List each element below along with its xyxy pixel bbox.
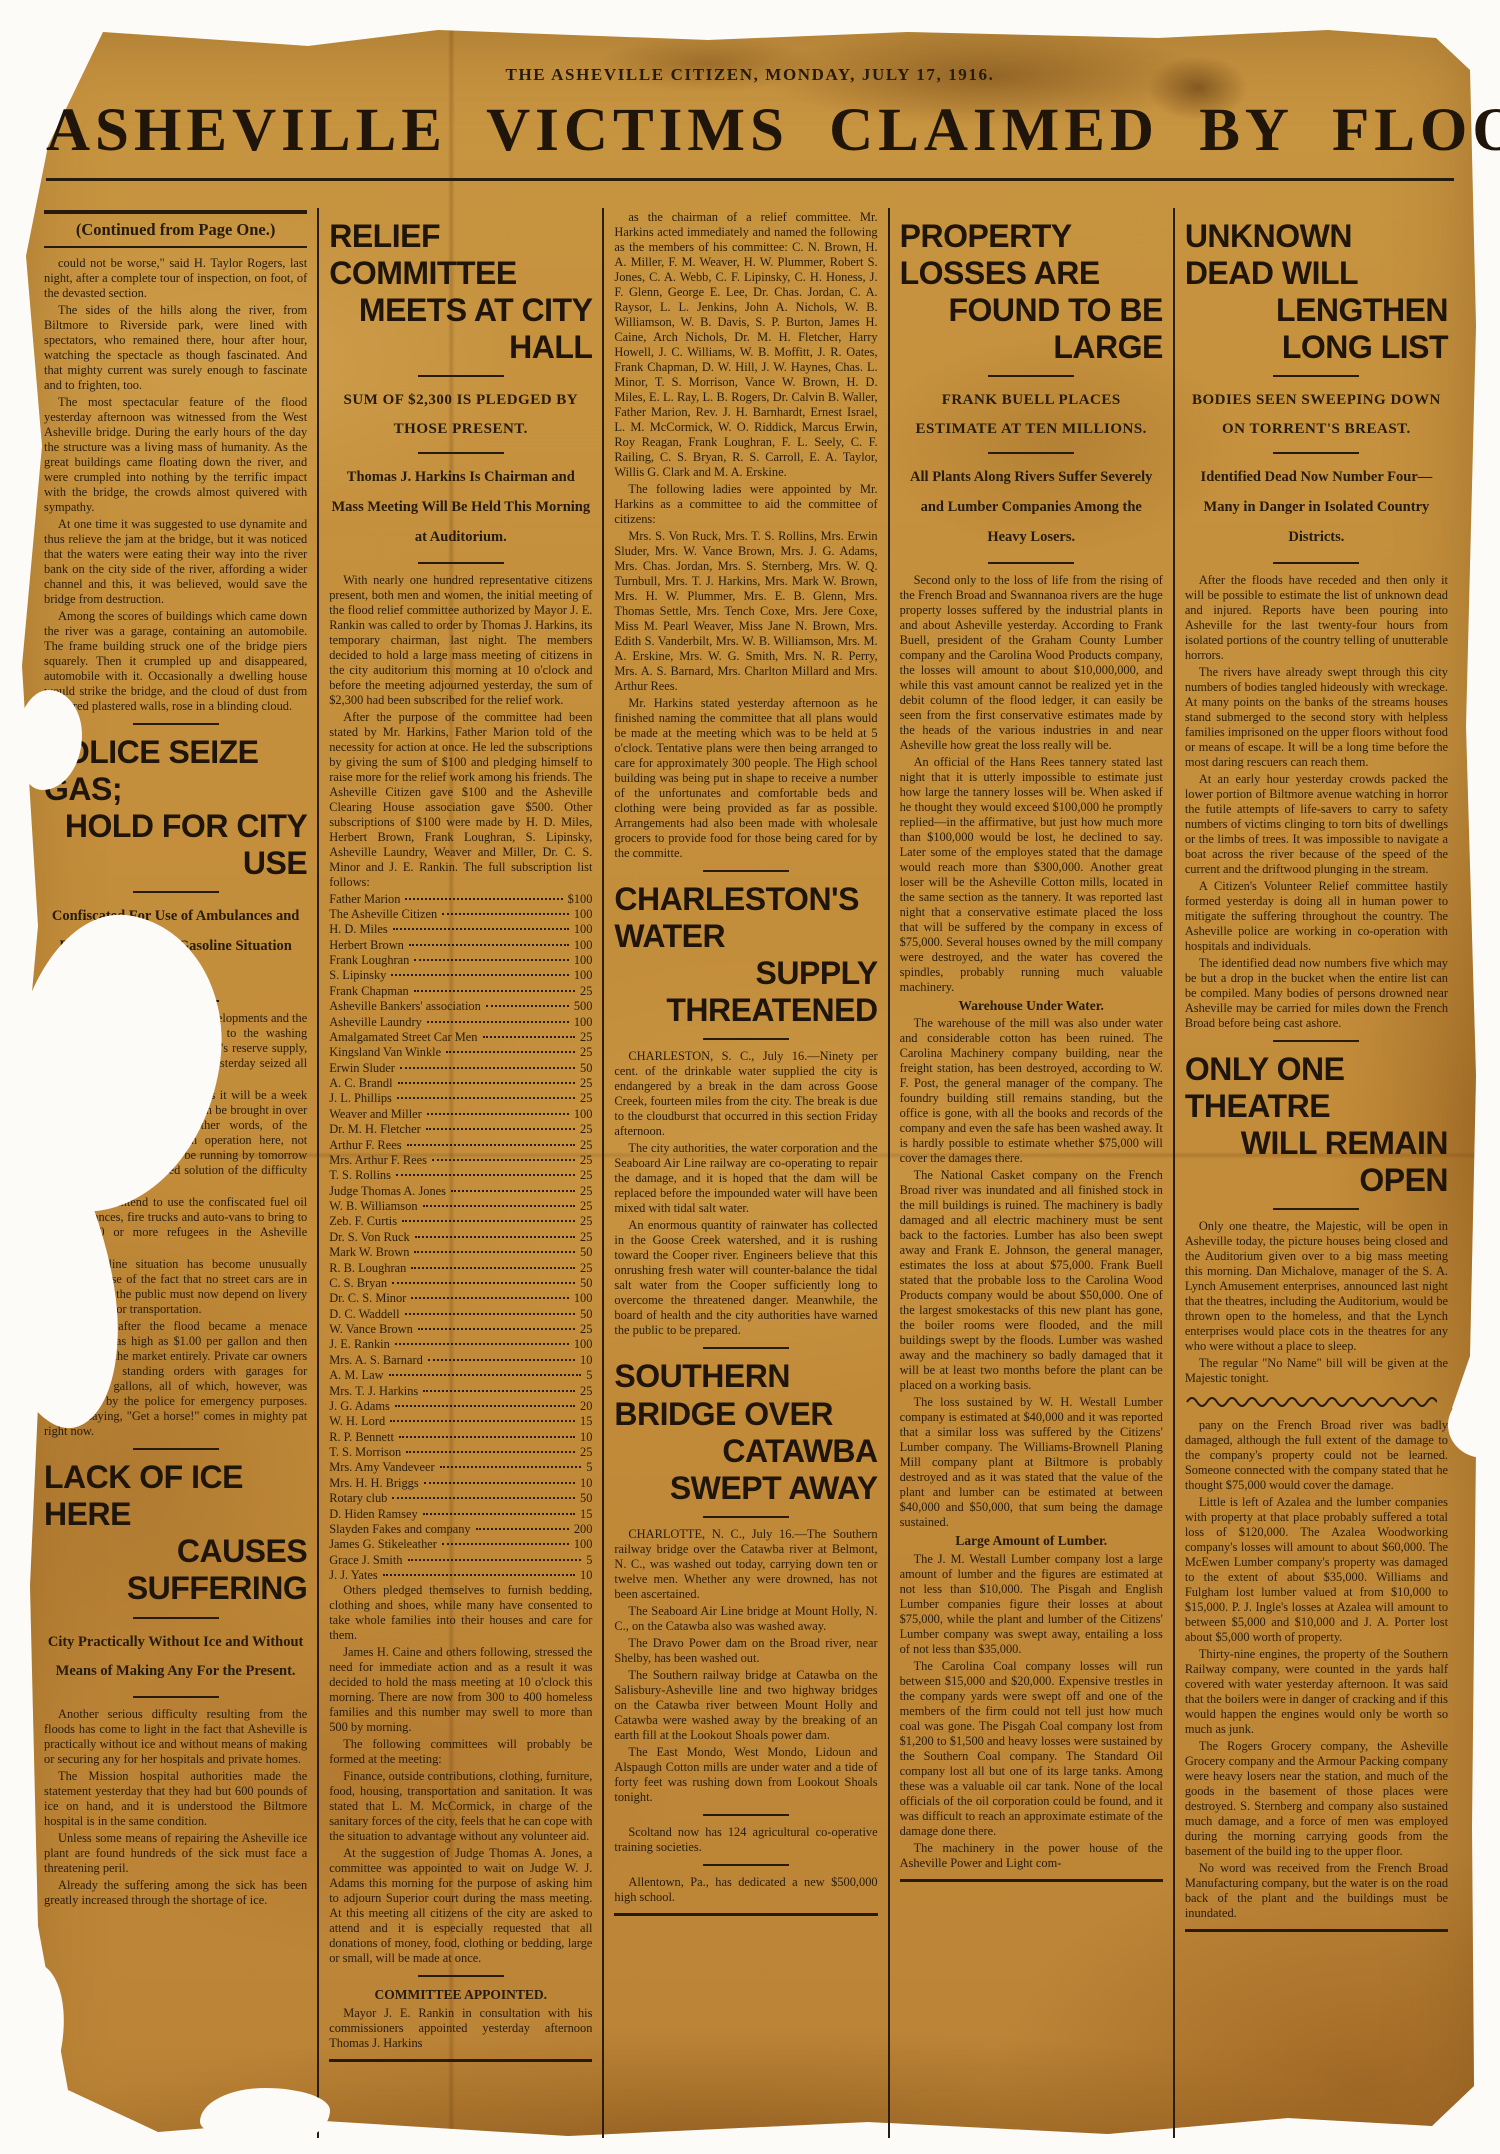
subscription-amount: 25 bbox=[580, 1214, 592, 1229]
body-paragraph: Little is left of Azalea and the lumber … bbox=[1185, 1495, 1448, 1645]
headline-line: ONLY ONE THEATRE bbox=[1185, 1051, 1448, 1125]
subscription-amount: 25 bbox=[580, 1122, 592, 1137]
story-deck: Identified Dead Now Number Four— Many in… bbox=[1185, 463, 1448, 552]
dot-leader bbox=[442, 913, 569, 915]
subscriber-name: Mrs. A. S. Barnard bbox=[329, 1353, 423, 1368]
subscription-amount: 100 bbox=[574, 968, 593, 983]
subscriber-name: Frank Loughran bbox=[329, 953, 409, 968]
subscription-row: James G. Stikeleather100 bbox=[329, 1537, 592, 1552]
section-divider-rule bbox=[133, 1448, 219, 1450]
subscription-amount: 50 bbox=[580, 1245, 592, 1260]
torn-edge-bottom bbox=[200, 2088, 330, 2144]
subscriber-name: Herbert Brown bbox=[329, 938, 404, 953]
subscription-amount: 10 bbox=[580, 1476, 592, 1491]
subscriber-name: Weaver and Miller bbox=[329, 1107, 422, 1122]
subscription-amount: 15 bbox=[580, 1414, 592, 1429]
headline-line: SUPPLY THREATENED bbox=[614, 955, 877, 1029]
subscriber-name: Mrs. T. J. Harkins bbox=[329, 1384, 418, 1399]
dot-leader bbox=[406, 1451, 575, 1453]
dot-leader bbox=[418, 1328, 575, 1330]
dot-leader bbox=[393, 928, 569, 930]
subscription-row: A. M. Law5 bbox=[329, 1368, 592, 1383]
subscription-row: Asheville Bankers' association500 bbox=[329, 999, 592, 1014]
headline-line: PROPERTY LOSSES ARE bbox=[900, 218, 1163, 292]
body-paragraph: Mr. Harkins stated yesterday afternoon a… bbox=[614, 696, 877, 861]
subscription-amount: 100 bbox=[574, 907, 593, 922]
body-paragraph: Scoltand now has 124 agricultural co-ope… bbox=[614, 1825, 877, 1855]
subscriber-name: Erwin Sluder bbox=[329, 1061, 395, 1076]
subscriber-name: Dr. S. Von Ruck bbox=[329, 1230, 409, 1245]
body-paragraph: The following ladies were appointed by M… bbox=[614, 482, 877, 527]
body-paragraph: The Mission hospital authorities made th… bbox=[44, 1769, 307, 1829]
dot-leader bbox=[414, 959, 568, 961]
dot-leader bbox=[442, 1543, 569, 1545]
subscription-row: Asheville Laundry100 bbox=[329, 1015, 592, 1030]
subscription-row: W. B. Williamson25 bbox=[329, 1199, 592, 1214]
subscription-row: Dr. C. S. Minor100 bbox=[329, 1291, 592, 1306]
body-paragraph: Others pledged themselves to furnish bed… bbox=[329, 1583, 592, 1643]
dot-leader bbox=[395, 1405, 575, 1407]
subscription-amount: 100 bbox=[574, 938, 593, 953]
body-paragraph: With nearly one hundred representative c… bbox=[329, 573, 592, 708]
body-paragraph: After the purpose of the committee had b… bbox=[329, 710, 592, 890]
body-paragraph: The East Mondo, West Mondo, Lidoun and A… bbox=[614, 1745, 877, 1805]
body-paragraph: The Carolina Coal company losses will ru… bbox=[900, 1659, 1163, 1839]
subscription-row: Mrs. H. H. Briggs10 bbox=[329, 1476, 592, 1491]
subscription-row: Mark W. Brown50 bbox=[329, 1245, 592, 1260]
subscription-row: Mrs. Arthur F. Rees25 bbox=[329, 1153, 592, 1168]
story-subhead: FRANK BUELL PLACES ESTIMATE AT TEN MILLI… bbox=[900, 386, 1163, 443]
body-paragraph: The J. M. Westall Lumber company lost a … bbox=[900, 1552, 1163, 1657]
subscription-amount: 50 bbox=[580, 1307, 592, 1322]
section-divider-rule bbox=[418, 1975, 504, 1977]
dot-leader bbox=[396, 1174, 575, 1176]
dot-leader bbox=[391, 974, 568, 976]
body-paragraph: Already the suffering among the sick has… bbox=[44, 1878, 307, 1908]
subscription-amount: 100 bbox=[574, 1107, 593, 1122]
subscription-row: J. G. Adams20 bbox=[329, 1399, 592, 1414]
dot-leader bbox=[408, 1559, 582, 1561]
subscriber-name: Slayden Fakes and company bbox=[329, 1522, 470, 1537]
dot-leader bbox=[423, 1513, 575, 1515]
dot-leader bbox=[451, 1190, 575, 1192]
subscription-amount: 5 bbox=[586, 1460, 592, 1475]
subscription-row: Herbert Brown100 bbox=[329, 938, 592, 953]
column-4: PROPERTY LOSSES AREFOUND TO BE LARGEFRAN… bbox=[888, 208, 1173, 2138]
body-paragraph: Unless some means of repairing the Ashev… bbox=[44, 1831, 307, 1876]
subscription-amount: 10 bbox=[580, 1353, 592, 1368]
body-paragraph: pany on the French Broad river was badly… bbox=[1185, 1418, 1448, 1493]
subscription-row: Kingsland Van Winkle25 bbox=[329, 1045, 592, 1060]
subscription-row: Slayden Fakes and company200 bbox=[329, 1522, 592, 1537]
story-deck: City Practically Without Ice and Without… bbox=[44, 1628, 307, 1687]
headline-line: MEETS AT CITY HALL bbox=[329, 292, 592, 366]
subscription-amount: 100 bbox=[574, 922, 593, 937]
subscriber-name: The Asheville Citizen bbox=[329, 907, 437, 922]
subscriber-name: C. S. Bryan bbox=[329, 1276, 387, 1291]
newspaper-page: THE ASHEVILLE CITIZEN, MONDAY, JULY 17, … bbox=[0, 0, 1500, 2154]
section-divider-rule bbox=[703, 1864, 789, 1866]
subscriber-name: A. C. Brandl bbox=[329, 1076, 392, 1091]
subscription-amount: $100 bbox=[568, 892, 593, 907]
subscription-amount: 25 bbox=[580, 1045, 592, 1060]
column-end-rule bbox=[1185, 1929, 1448, 1932]
body-paragraph: The sides of the hills along the river, … bbox=[44, 303, 307, 393]
subscription-amount: 25 bbox=[580, 1091, 592, 1106]
dot-leader bbox=[446, 1051, 575, 1053]
subscription-row: D. C. Waddell50 bbox=[329, 1307, 592, 1322]
subscription-row: Weaver and Miller100 bbox=[329, 1107, 592, 1122]
body-paragraph: At an early hour yesterday crowds packed… bbox=[1185, 772, 1448, 877]
subscriber-name: J. L. Phillips bbox=[329, 1091, 392, 1106]
body-paragraph: as the chairman of a relief committee. M… bbox=[614, 210, 877, 480]
dot-leader bbox=[397, 1097, 575, 1099]
body-paragraph: The machinery in the power house of the … bbox=[900, 1841, 1163, 1871]
subscriber-name: J. J. Yates bbox=[329, 1568, 378, 1583]
section-divider-rule bbox=[418, 452, 504, 454]
section-divider-rule bbox=[988, 452, 1074, 454]
subscriber-name: T. S. Rollins bbox=[329, 1168, 391, 1183]
headline-line: WILL REMAIN OPEN bbox=[1185, 1125, 1448, 1199]
subscriber-name: James G. Stikeleather bbox=[329, 1537, 437, 1552]
columns: (Continued from Page One.)could not be w… bbox=[34, 208, 1458, 2138]
subscription-amount: 100 bbox=[574, 1337, 593, 1352]
dot-leader bbox=[415, 1236, 575, 1238]
section-divider-rule bbox=[418, 375, 504, 377]
subscription-row: C. S. Bryan50 bbox=[329, 1276, 592, 1291]
subscription-amount: 25 bbox=[580, 1138, 592, 1153]
column-2: RELIEF COMMITTEEMEETS AT CITY HALLSUM OF… bbox=[317, 208, 602, 2138]
story-headline: ONLY ONE THEATREWILL REMAIN OPEN bbox=[1185, 1051, 1448, 1199]
headline-line: UNKNOWN DEAD WILL bbox=[1185, 218, 1448, 292]
dot-leader bbox=[392, 1497, 575, 1499]
subscriber-name: Asheville Laundry bbox=[329, 1015, 422, 1030]
body-paragraph: The following committees will probably b… bbox=[329, 1737, 592, 1767]
subscription-row: R. B. Loughran25 bbox=[329, 1261, 592, 1276]
section-divider-rule bbox=[133, 1617, 219, 1619]
body-paragraph: The Southern railway bridge at Catawba o… bbox=[614, 1668, 877, 1743]
subscription-row: S. Lipinsky100 bbox=[329, 968, 592, 983]
subscriber-name: J. G. Adams bbox=[329, 1399, 390, 1414]
body-paragraph: James H. Caine and others following, str… bbox=[329, 1645, 592, 1735]
subscription-amount: 25 bbox=[580, 1184, 592, 1199]
inline-subhead: Large Amount of Lumber. bbox=[900, 1532, 1163, 1551]
body-paragraph: At one time it was suggested to use dyna… bbox=[44, 517, 307, 607]
headline-line: RELIEF COMMITTEE bbox=[329, 218, 592, 292]
section-divider-rule bbox=[133, 891, 219, 893]
section-divider-rule bbox=[418, 562, 504, 564]
column-end-rule bbox=[614, 1913, 877, 1916]
subscription-row: W. H. Lord15 bbox=[329, 1414, 592, 1429]
dot-leader bbox=[414, 1251, 575, 1253]
body-paragraph: CHARLOTTE, N. C., July 16.—The Southern … bbox=[614, 1527, 877, 1602]
headline-line: CHARLESTON'S WATER bbox=[614, 881, 877, 955]
dot-leader bbox=[383, 1574, 575, 1576]
subscription-row: J. L. Phillips25 bbox=[329, 1091, 592, 1106]
dot-leader bbox=[428, 1359, 575, 1361]
subscriber-name: W. H. Lord bbox=[329, 1414, 385, 1429]
headline-line: HOLD FOR CITY USE bbox=[44, 808, 307, 882]
subscription-amount: 20 bbox=[580, 1399, 592, 1414]
main-headline: ASHEVILLE VICTIMS CLAIMED BY FLOOD bbox=[46, 96, 1454, 166]
wavy-divider bbox=[1185, 1394, 1448, 1412]
body-paragraph: Another serious difficulty resulting fro… bbox=[44, 1707, 307, 1767]
subscription-row: Judge Thomas A. Jones25 bbox=[329, 1184, 592, 1199]
story-headline: SOUTHERN BRIDGE OVERCATAWBA SWEPT AWAY bbox=[614, 1358, 877, 1506]
subscriber-name: Mrs. Arthur F. Rees bbox=[329, 1153, 427, 1168]
subscription-row: Rotary club50 bbox=[329, 1491, 592, 1506]
body-paragraph: Finance, outside contributions, clothing… bbox=[329, 1769, 592, 1844]
dot-leader bbox=[400, 1067, 575, 1069]
section-divider-rule bbox=[988, 562, 1074, 564]
subscription-row: T. S. Rollins25 bbox=[329, 1168, 592, 1183]
subscriber-name: Father Marion bbox=[329, 892, 400, 907]
dot-leader bbox=[409, 944, 569, 946]
body-paragraph: A Citizen's Volunteer Relief committee h… bbox=[1185, 879, 1448, 954]
body-paragraph: Allentown, Pa., has dedicated a new $500… bbox=[614, 1875, 877, 1905]
subscriber-name: W. B. Williamson bbox=[329, 1199, 417, 1214]
dot-leader bbox=[407, 1144, 576, 1146]
body-paragraph: The Seaboard Air Line bridge at Mount Ho… bbox=[614, 1604, 877, 1634]
dot-leader bbox=[405, 898, 562, 900]
dot-leader bbox=[390, 1420, 575, 1422]
headline-line: CATAWBA SWEPT AWAY bbox=[614, 1433, 877, 1507]
story-headline: LACK OF ICE HERECAUSES SUFFERING bbox=[44, 1459, 307, 1607]
dot-leader bbox=[398, 1082, 575, 1084]
subscription-amount: 25 bbox=[580, 1384, 592, 1399]
continued-from-page-one: (Continued from Page One.) bbox=[44, 210, 307, 248]
headline-line: SOUTHERN BRIDGE OVER bbox=[614, 1358, 877, 1432]
section-divider-rule bbox=[988, 375, 1074, 377]
subscriber-name: Judge Thomas A. Jones bbox=[329, 1184, 446, 1199]
headline-line: POLICE SEIZE GAS; bbox=[44, 734, 307, 808]
dot-leader bbox=[432, 1159, 575, 1161]
subscription-amount: 25 bbox=[580, 1153, 592, 1168]
dot-leader bbox=[389, 1374, 582, 1376]
subscriber-name: Amalgamated Street Car Men bbox=[329, 1030, 477, 1045]
subscriber-name: Frank Chapman bbox=[329, 984, 409, 999]
subscription-row: J. J. Yates10 bbox=[329, 1568, 592, 1583]
story-headline: POLICE SEIZE GAS;HOLD FOR CITY USE bbox=[44, 734, 307, 882]
story-subhead: SUM OF $2,300 IS PLEDGED BY THOSE PRESEN… bbox=[329, 386, 592, 443]
section-divider-rule bbox=[1273, 375, 1359, 377]
body-paragraph: An official of the Hans Rees tannery sta… bbox=[900, 755, 1163, 995]
subscription-amount: 10 bbox=[580, 1430, 592, 1445]
subscription-row: Amalgamated Street Car Men25 bbox=[329, 1030, 592, 1045]
dot-leader bbox=[424, 1482, 575, 1484]
subscription-row: J. E. Rankin100 bbox=[329, 1337, 592, 1352]
body-paragraph: The regular "No Name" bill will be given… bbox=[1185, 1356, 1448, 1386]
column-5: UNKNOWN DEAD WILLLENGTHEN LONG LISTBODIE… bbox=[1173, 208, 1458, 2138]
subscription-amount: 50 bbox=[580, 1491, 592, 1506]
story-headline: RELIEF COMMITTEEMEETS AT CITY HALL bbox=[329, 218, 592, 366]
subscription-row: Grace J. Smith5 bbox=[329, 1553, 592, 1568]
subscriber-name: Dr. C. S. Minor bbox=[329, 1291, 406, 1306]
section-divider-rule bbox=[133, 723, 219, 725]
body-paragraph: The Dravo Power dam on the Broad river, … bbox=[614, 1636, 877, 1666]
story-headline: CHARLESTON'S WATERSUPPLY THREATENED bbox=[614, 881, 877, 1029]
body-paragraph: Mrs. S. Von Ruck, Mrs. T. S. Rollins, Mr… bbox=[614, 529, 877, 694]
story-deck: All Plants Along Rivers Suffer Severely … bbox=[900, 463, 1163, 552]
column-end-rule bbox=[900, 1879, 1163, 1882]
subscription-row: Frank Chapman25 bbox=[329, 984, 592, 999]
subscription-amount: 25 bbox=[580, 1199, 592, 1214]
subscription-row: The Asheville Citizen100 bbox=[329, 907, 592, 922]
subscriber-name: Rotary club bbox=[329, 1491, 387, 1506]
subscription-amount: 100 bbox=[574, 1291, 593, 1306]
subscription-amount: 100 bbox=[574, 953, 593, 968]
column-3: as the chairman of a relief committee. M… bbox=[602, 208, 887, 2138]
subscription-amount: 25 bbox=[580, 1261, 592, 1276]
subscriber-name: R. P. Bennett bbox=[329, 1430, 394, 1445]
subscriber-name: D. C. Waddell bbox=[329, 1307, 399, 1322]
dot-leader bbox=[402, 1220, 575, 1222]
subscription-row: Mrs. Amy Vandeveer5 bbox=[329, 1460, 592, 1475]
subscriber-name: Asheville Bankers' association bbox=[329, 999, 481, 1014]
subscriber-name: H. D. Miles bbox=[329, 922, 388, 937]
dot-leader bbox=[426, 1128, 575, 1130]
headline-line: CAUSES SUFFERING bbox=[44, 1533, 307, 1607]
body-paragraph: Only one theatre, the Majestic, will be … bbox=[1185, 1219, 1448, 1354]
subscription-list: Father Marion$100The Asheville Citizen10… bbox=[329, 892, 592, 1584]
subscriber-name: Mrs. Amy Vandeveer bbox=[329, 1460, 434, 1475]
body-paragraph: The warehouse of the mill was also under… bbox=[900, 1016, 1163, 1166]
subscription-row: Erwin Sluder50 bbox=[329, 1061, 592, 1076]
dot-leader bbox=[392, 1282, 575, 1284]
subscription-amount: 25 bbox=[580, 1030, 592, 1045]
subscription-row: Dr. M. H. Fletcher25 bbox=[329, 1122, 592, 1137]
subscriber-name: T. S. Morrison bbox=[329, 1445, 401, 1460]
headline-band: ASHEVILLE VICTIMS CLAIMED BY FLOOD bbox=[46, 96, 1454, 181]
story-headline: UNKNOWN DEAD WILLLENGTHEN LONG LIST bbox=[1185, 218, 1448, 366]
dot-leader bbox=[440, 1466, 582, 1468]
subscription-amount: 200 bbox=[574, 1522, 593, 1537]
section-divider-rule bbox=[1273, 1208, 1359, 1210]
subscriber-name: Dr. M. H. Fletcher bbox=[329, 1122, 421, 1137]
subscription-row: T. S. Morrison25 bbox=[329, 1445, 592, 1460]
body-paragraph: Thirty-nine engines, the property of the… bbox=[1185, 1647, 1448, 1737]
dot-leader bbox=[427, 1021, 569, 1023]
body-paragraph: The most spectacular feature of the floo… bbox=[44, 395, 307, 515]
subscription-amount: 500 bbox=[574, 999, 593, 1014]
subscription-amount: 5 bbox=[586, 1368, 592, 1383]
subscriber-name: A. M. Law bbox=[329, 1368, 383, 1383]
inline-subhead: COMMITTEE APPOINTED. bbox=[329, 1986, 592, 2005]
dot-leader bbox=[486, 1005, 569, 1007]
dot-leader bbox=[423, 1390, 575, 1392]
subscription-row: Mrs. T. J. Harkins25 bbox=[329, 1384, 592, 1399]
masthead: THE ASHEVILLE CITIZEN, MONDAY, JULY 17, … bbox=[0, 66, 1500, 83]
section-divider-rule bbox=[1273, 452, 1359, 454]
subscriber-name: Grace J. Smith bbox=[329, 1553, 402, 1568]
subscription-row: Zeb. F. Curtis25 bbox=[329, 1214, 592, 1229]
story-headline: PROPERTY LOSSES AREFOUND TO BE LARGE bbox=[900, 218, 1163, 366]
subscription-row: Father Marion$100 bbox=[329, 892, 592, 907]
headline-line: LACK OF ICE HERE bbox=[44, 1459, 307, 1533]
subscription-amount: 5 bbox=[586, 1553, 592, 1568]
subscription-row: D. Hiden Ramsey15 bbox=[329, 1507, 592, 1522]
body-paragraph: The city authorities, the water corporat… bbox=[614, 1141, 877, 1216]
section-divider-rule bbox=[1273, 562, 1359, 564]
section-divider-rule bbox=[703, 1814, 789, 1816]
subscription-amount: 50 bbox=[580, 1061, 592, 1076]
subscriber-name: R. B. Loughran bbox=[329, 1261, 406, 1276]
dot-leader bbox=[411, 1297, 569, 1299]
inline-subhead: Warehouse Under Water. bbox=[900, 997, 1163, 1016]
column-end-rule bbox=[329, 2059, 592, 2062]
section-divider-rule bbox=[133, 1696, 219, 1698]
subscription-row: Mrs. A. S. Barnard10 bbox=[329, 1353, 592, 1368]
subscription-row: A. C. Brandl25 bbox=[329, 1076, 592, 1091]
story-deck: Thomas J. Harkins Is Chairman and Mass M… bbox=[329, 463, 592, 552]
section-divider-rule bbox=[703, 1516, 789, 1518]
subscription-amount: 100 bbox=[574, 1015, 593, 1030]
subscriber-name: J. E. Rankin bbox=[329, 1337, 390, 1352]
subscription-row: R. P. Bennett10 bbox=[329, 1430, 592, 1445]
body-paragraph: The loss sustained by W. H. Westall Lumb… bbox=[900, 1395, 1163, 1530]
subscriber-name: D. Hiden Ramsey bbox=[329, 1507, 417, 1522]
subscriber-name: Mrs. H. H. Briggs bbox=[329, 1476, 419, 1491]
subscription-amount: 15 bbox=[580, 1507, 592, 1522]
dot-leader bbox=[411, 1267, 575, 1269]
headline-line: FOUND TO BE LARGE bbox=[900, 292, 1163, 366]
dot-leader bbox=[399, 1436, 575, 1438]
subscription-amount: 25 bbox=[580, 1322, 592, 1337]
body-paragraph: No word was received from the French Bro… bbox=[1185, 1861, 1448, 1921]
section-divider-rule bbox=[703, 1347, 789, 1349]
body-paragraph: CHARLESTON, S. C., July 16.—Ninety per c… bbox=[614, 1049, 877, 1139]
subscriber-name: Mark W. Brown bbox=[329, 1245, 409, 1260]
dot-leader bbox=[405, 1313, 575, 1315]
body-paragraph: Second only to the loss of life from the… bbox=[900, 573, 1163, 753]
subscriber-name: Kingsland Van Winkle bbox=[329, 1045, 441, 1060]
dot-leader bbox=[427, 1113, 569, 1115]
dot-leader bbox=[423, 1205, 576, 1207]
subscriber-name: Zeb. F. Curtis bbox=[329, 1214, 397, 1229]
subscription-amount: 25 bbox=[580, 1168, 592, 1183]
subscription-amount: 25 bbox=[580, 1230, 592, 1245]
subscription-amount: 25 bbox=[580, 1445, 592, 1460]
subscription-amount: 25 bbox=[580, 984, 592, 999]
subscription-amount: 50 bbox=[580, 1276, 592, 1291]
body-paragraph: The Rogers Grocery company, the Ashevill… bbox=[1185, 1739, 1448, 1859]
subscription-amount: 10 bbox=[580, 1568, 592, 1583]
subscriber-name: S. Lipinsky bbox=[329, 968, 386, 983]
section-divider-rule bbox=[1273, 1040, 1359, 1042]
section-divider-rule bbox=[703, 870, 789, 872]
body-paragraph: The identified dead now numbers five whi… bbox=[1185, 956, 1448, 1031]
body-paragraph: The rivers have already swept through th… bbox=[1185, 665, 1448, 770]
subscription-amount: 25 bbox=[580, 1076, 592, 1091]
body-paragraph: Among the scores of buildings which came… bbox=[44, 609, 307, 714]
body-paragraph: After the floods have receded and then o… bbox=[1185, 573, 1448, 663]
story-subhead: BODIES SEEN SWEEPING DOWN ON TORRENT'S B… bbox=[1185, 386, 1448, 443]
body-paragraph: At the suggestion of Judge Thomas A. Jon… bbox=[329, 1846, 592, 1966]
subscriber-name: Arthur F. Rees bbox=[329, 1138, 401, 1153]
body-paragraph: Mayor J. E. Rankin in consultation with … bbox=[329, 2006, 592, 2051]
dot-leader bbox=[414, 990, 575, 992]
subscription-row: W. Vance Brown25 bbox=[329, 1322, 592, 1337]
subscription-row: Dr. S. Von Ruck25 bbox=[329, 1230, 592, 1245]
subscription-row: Arthur F. Rees25 bbox=[329, 1138, 592, 1153]
headline-line: LENGTHEN LONG LIST bbox=[1185, 292, 1448, 366]
subscription-amount: 100 bbox=[574, 1537, 593, 1552]
subscription-row: Frank Loughran100 bbox=[329, 953, 592, 968]
dot-leader bbox=[483, 1036, 576, 1038]
body-paragraph: The National Casket company on the Frenc… bbox=[900, 1168, 1163, 1393]
dot-leader bbox=[395, 1343, 569, 1345]
dot-leader bbox=[476, 1528, 569, 1530]
